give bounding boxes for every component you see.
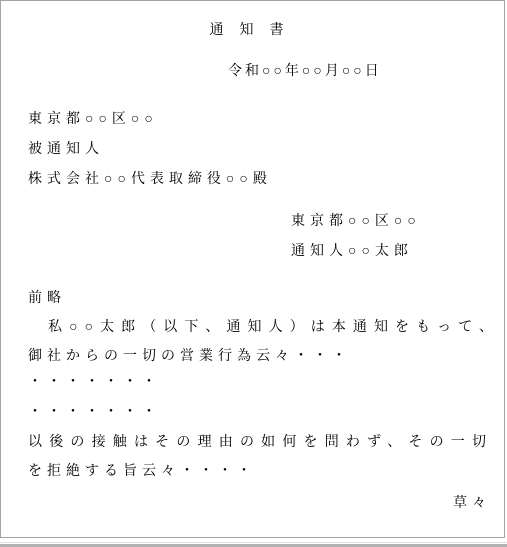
- body-ellipsis-line-2: ・・・・・・・: [28, 405, 161, 421]
- closing-greeting: 草々: [1, 496, 491, 512]
- recipient-name: 株式会社○○代表取締役○○殿: [28, 172, 272, 188]
- body-ellipsis-line-1: ・・・・・・・: [28, 375, 161, 391]
- sender-name: 通知人○○太郎: [291, 244, 413, 260]
- window-bottom-edge: [0, 542, 507, 547]
- recipient-label: 被通知人: [28, 142, 104, 158]
- letter-title: 通知書: [1, 23, 507, 39]
- opening-greeting: 前略: [28, 291, 66, 307]
- body-line-3: 以後の接触はその理由の如何を問わず、その一切: [28, 435, 491, 451]
- letter-date: 令和○○年○○月○○日: [228, 64, 382, 80]
- recipient-address: 東京都○○区○○: [28, 112, 158, 128]
- body-line-1: 私○○太郎（以下、通知人）は本通知をもって、: [28, 320, 498, 336]
- body-line-4: を拒絶する旨云々・・・・: [28, 464, 256, 480]
- notification-letter-page: 通知書 令和○○年○○月○○日 東京都○○区○○ 被通知人 株式会社○○代表取締…: [0, 0, 505, 538]
- body-line-2: 御社からの一切の営業行為云々・・・: [28, 349, 351, 365]
- sender-address: 東京都○○区○○: [291, 214, 421, 230]
